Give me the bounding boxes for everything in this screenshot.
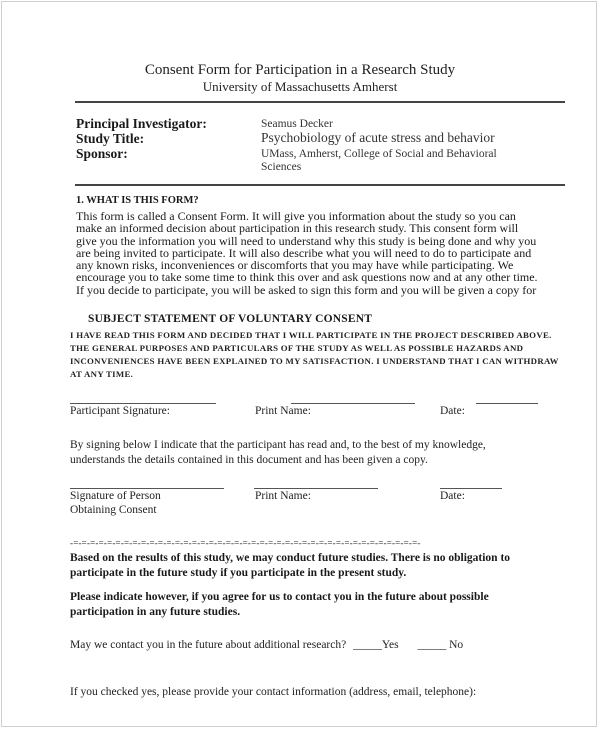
witness-signature-line[interactable]: [70, 488, 224, 489]
participant-date-line[interactable]: [476, 403, 538, 404]
section1-line: encourage you to take some time to think…: [76, 271, 538, 283]
document-subtitle: University of Massachusetts Amherst: [0, 79, 600, 95]
section1-line: make an informed decision about particip…: [76, 222, 538, 234]
participant-date-label: Date:: [440, 405, 465, 417]
participant-print-name-line[interactable]: [291, 403, 415, 404]
yes-blank[interactable]: _____: [353, 639, 382, 651]
future-para2-line2: participation in any future studies.: [70, 605, 570, 620]
witness-signature-label-line1: Signature of Person: [70, 490, 161, 502]
study-title-label: Study Title:: [76, 131, 144, 147]
consent-heading: SUBJECT STATEMENT OF VOLUNTARY CONSENT: [88, 313, 372, 325]
pi-label: Principal Investigator:: [76, 116, 207, 132]
document-title: Consent Form for Participation in a Rese…: [0, 62, 600, 79]
sponsor-label: Sponsor:: [76, 146, 128, 162]
contact-question-row: May we contact you in the future about a…: [70, 639, 463, 651]
no-label: No: [449, 639, 463, 651]
study-title-value: Psychobiology of acute stress and behavi…: [261, 130, 495, 146]
participant-signature-line[interactable]: [70, 403, 216, 404]
consent-statement: I have read this form and decided that I…: [70, 329, 560, 381]
section1-line: If you decide to participate, you will b…: [76, 284, 538, 296]
witness-signature-label-line2: Obtaining Consent: [70, 504, 157, 516]
section1-heading: 1. WHAT IS THIS FORM?: [76, 195, 199, 206]
witness-statement-line1: By signing below I indicate that the par…: [70, 439, 486, 451]
dashed-divider: -=-=-=-=-=-=-=-=-=-=-=-=-=-=-=-=-=-=-=-=…: [70, 538, 421, 548]
future-para2-line1: Please indicate however, if you agree fo…: [70, 590, 570, 605]
contact-question: May we contact you in the future about a…: [70, 639, 346, 651]
section-rule: [75, 184, 565, 186]
witness-date-label: Date:: [440, 490, 465, 502]
witness-print-name-label: Print Name:: [255, 490, 311, 502]
witness-print-name-line[interactable]: [254, 488, 378, 489]
contact-info-prompt: If you checked yes, please provide your …: [70, 686, 476, 698]
participant-signature-label: Participant Signature:: [70, 405, 170, 417]
no-blank[interactable]: _____: [417, 639, 446, 651]
witness-date-line[interactable]: [440, 488, 502, 489]
sponsor-value-cont: Sciences: [261, 161, 301, 173]
future-para1-line1: Based on the results of this study, we m…: [70, 551, 570, 566]
pi-value: Seamus Decker: [261, 118, 333, 130]
participant-print-name-label: Print Name:: [255, 405, 311, 417]
section1-body: This form is called a Consent Form. It w…: [76, 210, 538, 296]
header-rule: [75, 101, 565, 103]
witness-statement-line2: understands the details contained in thi…: [70, 454, 428, 466]
sponsor-value: UMass, Amherst, College of Social and Be…: [261, 148, 497, 160]
yes-label: Yes: [382, 639, 399, 651]
future-para1-line2: participate in the future study if you p…: [70, 566, 570, 581]
